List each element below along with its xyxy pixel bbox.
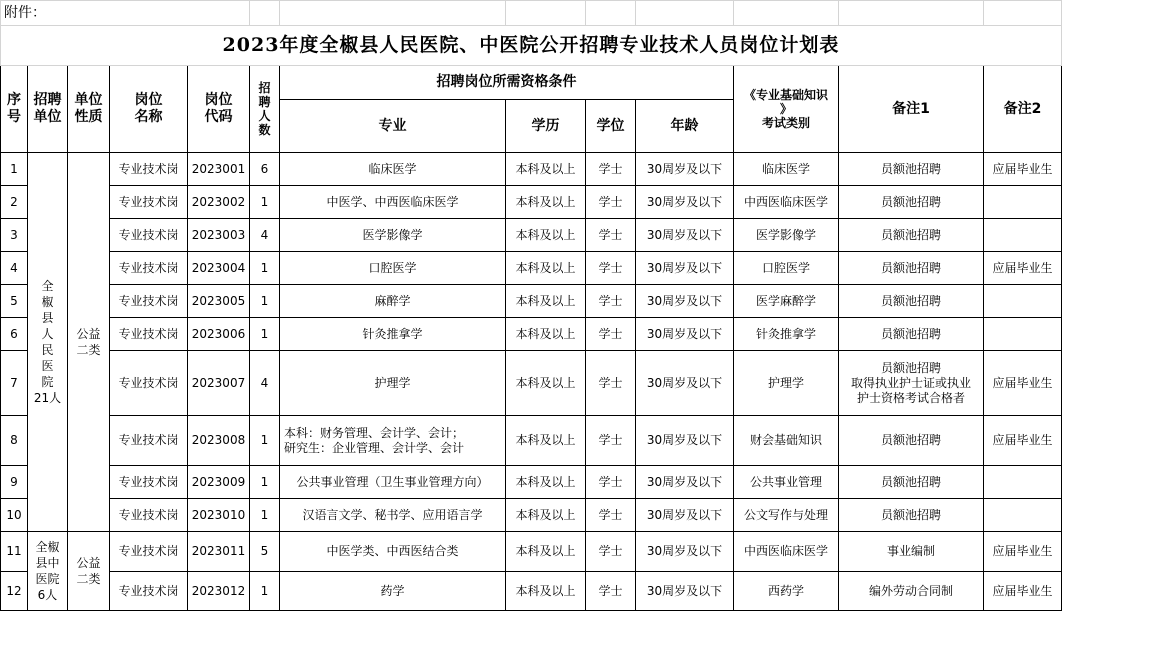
cell-position-code[interactable]: 2023008	[188, 416, 250, 466]
cell-education[interactable]: 本科及以上	[506, 416, 586, 466]
unit-text: 椒	[28, 294, 67, 310]
cell-age[interactable]: 30周岁及以下	[636, 186, 734, 219]
unit-text: 6人	[28, 587, 67, 603]
cell-education[interactable]: 本科及以上	[506, 572, 586, 611]
cell-seq[interactable]: 2	[1, 186, 28, 219]
cell-degree[interactable]: 学士	[586, 219, 636, 252]
header-text: 人	[250, 109, 279, 123]
cell-note2[interactable]	[984, 318, 1062, 351]
cell-seq[interactable]: 4	[1, 252, 28, 285]
cell[interactable]	[839, 1, 984, 26]
cell-age[interactable]: 30周岁及以下	[636, 285, 734, 318]
cell[interactable]	[506, 1, 586, 26]
cell-exam-category[interactable]: 财会基础知识	[734, 416, 839, 466]
cell[interactable]	[636, 1, 734, 26]
cell-education[interactable]: 本科及以上	[506, 499, 586, 532]
unit-text: 民	[28, 342, 67, 358]
cell-age[interactable]: 30周岁及以下	[636, 219, 734, 252]
header-text: 数	[250, 123, 279, 137]
header-text: 考试类别	[734, 116, 838, 130]
cell-seq[interactable]: 6	[1, 318, 28, 351]
header-text: 序	[1, 92, 27, 109]
cell-position-code[interactable]: 2023007	[188, 351, 250, 416]
cell-note1[interactable]: 员额池招聘	[839, 186, 984, 219]
table-row: 12 专业技术岗 2023012 1 药学 本科及以上 学士 30周岁及以下 西…	[1, 572, 1062, 611]
cell-age[interactable]: 30周岁及以下	[636, 416, 734, 466]
cell-unit[interactable]: 全椒 县中 医院 6人	[28, 532, 68, 611]
attachment-row: 附件：	[1, 1, 1062, 26]
cell-major[interactable]: 中医学类、中西医结合类	[280, 532, 506, 572]
unit-text: 医	[28, 358, 67, 374]
cell-position-code[interactable]: 2023002	[188, 186, 250, 219]
cell-education[interactable]: 本科及以上	[506, 285, 586, 318]
cell[interactable]	[984, 1, 1062, 26]
header-position-code[interactable]: 岗位 代码	[188, 66, 250, 153]
cell-major[interactable]: 公共事业管理（卫生事业管理方向）	[280, 466, 506, 499]
table-row: 4 专业技术岗 2023004 1 口腔医学 本科及以上 学士 30周岁及以下 …	[1, 252, 1062, 285]
unit-text: 医院	[28, 571, 67, 587]
unit-text: 全	[28, 278, 67, 294]
cell-degree[interactable]: 学士	[586, 153, 636, 186]
note-line: 员额池招聘	[839, 361, 983, 376]
unit-text: 县	[28, 310, 67, 326]
recruitment-plan-table: 附件： 2023年度全椒县人民医院、中医院公开招聘专业技术人员岗位计划表 序 号…	[0, 0, 1062, 611]
cell-seq[interactable]: 1	[1, 153, 28, 186]
cell-major[interactable]: 汉语言文学、秘书学、应用语言学	[280, 499, 506, 532]
cell-count[interactable]: 1	[250, 499, 280, 532]
cell-position-name[interactable]: 专业技术岗	[110, 416, 188, 466]
header-qualifications-group[interactable]: 招聘岗位所需资格条件	[280, 66, 734, 100]
cell-note1[interactable]: 员额池招聘	[839, 416, 984, 466]
cell-age[interactable]: 30周岁及以下	[636, 351, 734, 416]
cell-count[interactable]: 1	[250, 186, 280, 219]
cell-education[interactable]: 本科及以上	[506, 532, 586, 572]
cell-note2[interactable]	[984, 186, 1062, 219]
cell-note1[interactable]: 员额池招聘	[839, 252, 984, 285]
table-row: 3 专业技术岗 2023003 4 医学影像学 本科及以上 学士 30周岁及以下…	[1, 219, 1062, 252]
header-text: 招聘	[28, 92, 67, 109]
cell-exam-category[interactable]: 医学麻醉学	[734, 285, 839, 318]
cell-note1[interactable]: 员额池招聘	[839, 153, 984, 186]
cell-note2[interactable]	[984, 466, 1062, 499]
cell-major[interactable]: 临床医学	[280, 153, 506, 186]
header-major[interactable]: 专业	[280, 100, 506, 153]
cell-degree[interactable]: 学士	[586, 252, 636, 285]
cell-note1[interactable]: 员额池招聘	[839, 219, 984, 252]
cell[interactable]	[250, 1, 280, 26]
cell-exam-category[interactable]: 公共事业管理	[734, 466, 839, 499]
cell-exam-category[interactable]: 护理学	[734, 351, 839, 416]
cell-major[interactable]: 医学影像学	[280, 219, 506, 252]
cell-note1[interactable]: 事业编制	[839, 532, 984, 572]
table-row: 6 专业技术岗 2023006 1 针灸推拿学 本科及以上 学士 30周岁及以下…	[1, 318, 1062, 351]
header-degree[interactable]: 学位	[586, 100, 636, 153]
cell-count[interactable]: 6	[250, 153, 280, 186]
cell-degree[interactable]: 学士	[586, 532, 636, 572]
cell[interactable]	[734, 1, 839, 26]
nature-text: 二类	[68, 342, 109, 358]
cell-exam-category[interactable]: 中西医临床医学	[734, 532, 839, 572]
cell-education[interactable]: 本科及以上	[506, 153, 586, 186]
major-line: 本科：财务管理、会计学、会计；	[284, 426, 505, 441]
header-text: 名称	[110, 109, 187, 126]
cell-count[interactable]: 4	[250, 219, 280, 252]
cell-exam-category[interactable]: 中西医临床医学	[734, 186, 839, 219]
cell-position-name[interactable]: 专业技术岗	[110, 499, 188, 532]
cell-seq[interactable]: 10	[1, 499, 28, 532]
header-exam-category[interactable]: 《专业基础知识 》 考试类别	[734, 66, 839, 153]
cell-note1[interactable]: 员额池招聘 取得执业护士证或执业 护士资格考试合格者	[839, 351, 984, 416]
cell-position-code[interactable]: 2023012	[188, 572, 250, 611]
cell-degree[interactable]: 学士	[586, 572, 636, 611]
cell-exam-category[interactable]: 针灸推拿学	[734, 318, 839, 351]
cell-exam-category[interactable]: 临床医学	[734, 153, 839, 186]
header-text: 聘	[250, 95, 279, 109]
cell-position-name[interactable]: 专业技术岗	[110, 153, 188, 186]
header-text: 岗位	[188, 92, 249, 109]
cell-degree[interactable]: 学士	[586, 186, 636, 219]
cell-note1[interactable]: 员额池招聘	[839, 285, 984, 318]
cell-note2[interactable]: 应届毕业生	[984, 351, 1062, 416]
nature-text: 二类	[68, 571, 109, 587]
cell-degree[interactable]: 学士	[586, 466, 636, 499]
cell-position-code[interactable]: 2023003	[188, 219, 250, 252]
cell-age[interactable]: 30周岁及以下	[636, 252, 734, 285]
cell-age[interactable]: 30周岁及以下	[636, 499, 734, 532]
cell-position-name[interactable]: 专业技术岗	[110, 252, 188, 285]
table-row: 1 全 椒 县 人 民 医 院 21人 公益 二类 专业技术岗 2023001 …	[1, 153, 1062, 186]
cell-position-code[interactable]: 2023011	[188, 532, 250, 572]
cell-note2[interactable]	[984, 285, 1062, 318]
cell-note2[interactable]: 应届毕业生	[984, 532, 1062, 572]
cell-degree[interactable]: 学士	[586, 351, 636, 416]
cell-age[interactable]: 30周岁及以下	[636, 318, 734, 351]
cell-count[interactable]: 1	[250, 416, 280, 466]
cell-degree[interactable]: 学士	[586, 416, 636, 466]
cell-note1[interactable]: 编外劳动合同制	[839, 572, 984, 611]
page-title[interactable]: 2023年度全椒县人民医院、中医院公开招聘专业技术人员岗位计划表	[1, 26, 1062, 66]
cell-major[interactable]: 中医学、中西医临床医学	[280, 186, 506, 219]
header-seq[interactable]: 序 号	[1, 66, 28, 153]
cell-count[interactable]: 5	[250, 532, 280, 572]
cell-seq[interactable]: 9	[1, 466, 28, 499]
header-unit[interactable]: 招聘 单位	[28, 66, 68, 153]
cell-degree[interactable]: 学士	[586, 318, 636, 351]
header-text: 代码	[188, 109, 249, 126]
cell-position-name[interactable]: 专业技术岗	[110, 466, 188, 499]
cell-exam-category[interactable]: 公文写作与处理	[734, 499, 839, 532]
cell-note2[interactable]: 应届毕业生	[984, 153, 1062, 186]
header-text: 单位	[28, 109, 67, 126]
cell-education[interactable]: 本科及以上	[506, 186, 586, 219]
cell-count[interactable]: 1	[250, 466, 280, 499]
cell-degree[interactable]: 学士	[586, 499, 636, 532]
cell-age[interactable]: 30周岁及以下	[636, 532, 734, 572]
cell-major[interactable]: 口腔医学	[280, 252, 506, 285]
attachment-label[interactable]: 附件：	[1, 1, 250, 26]
cell-position-name[interactable]: 专业技术岗	[110, 285, 188, 318]
unit-text: 全椒	[28, 539, 67, 555]
unit-text: 21人	[28, 390, 67, 406]
header-count[interactable]: 招 聘 人 数	[250, 66, 280, 153]
cell-age[interactable]: 30周岁及以下	[636, 153, 734, 186]
cell[interactable]	[280, 1, 506, 26]
cell-major[interactable]: 本科：财务管理、会计学、会计； 研究生：企业管理、会计学、会计	[280, 416, 506, 466]
cell-education[interactable]: 本科及以上	[506, 318, 586, 351]
cell-count[interactable]: 1	[250, 252, 280, 285]
cell-count[interactable]: 1	[250, 285, 280, 318]
header-education[interactable]: 学历	[506, 100, 586, 153]
cell-position-name[interactable]: 专业技术岗	[110, 532, 188, 572]
cell-note2[interactable]: 应届毕业生	[984, 252, 1062, 285]
header-position-name[interactable]: 岗位 名称	[110, 66, 188, 153]
cell-position-code[interactable]: 2023006	[188, 318, 250, 351]
cell-major[interactable]: 针灸推拿学	[280, 318, 506, 351]
cell-exam-category[interactable]: 医学影像学	[734, 219, 839, 252]
cell-seq[interactable]: 7	[1, 351, 28, 416]
nature-text: 公益	[68, 326, 109, 342]
cell-education[interactable]: 本科及以上	[506, 466, 586, 499]
cell-seq[interactable]: 8	[1, 416, 28, 466]
cell-note2[interactable]	[984, 499, 1062, 532]
cell-position-code[interactable]: 2023010	[188, 499, 250, 532]
cell-position-name[interactable]: 专业技术岗	[110, 219, 188, 252]
cell-seq[interactable]: 3	[1, 219, 28, 252]
header-age[interactable]: 年龄	[636, 100, 734, 153]
cell-position-code[interactable]: 2023004	[188, 252, 250, 285]
cell-seq[interactable]: 5	[1, 285, 28, 318]
table-row: 7 专业技术岗 2023007 4 护理学 本科及以上 学士 30周岁及以下 护…	[1, 351, 1062, 416]
cell-position-name[interactable]: 专业技术岗	[110, 351, 188, 416]
header-text: 招	[250, 81, 279, 95]
cell-note2[interactable]: 应届毕业生	[984, 572, 1062, 611]
header-text: 《专业基础知识	[734, 88, 838, 102]
cell-seq[interactable]: 12	[1, 572, 28, 611]
table-row: 8 专业技术岗 2023008 1 本科：财务管理、会计学、会计； 研究生：企业…	[1, 416, 1062, 466]
cell-note1[interactable]: 员额池招聘	[839, 499, 984, 532]
cell-age[interactable]: 30周岁及以下	[636, 466, 734, 499]
header-row-1: 序 号 招聘 单位 单位 性质 岗位 名称 岗位 代码 招 聘 人 数 招聘岗位…	[1, 66, 1062, 100]
cell-position-code[interactable]: 2023001	[188, 153, 250, 186]
unit-text: 县中	[28, 555, 67, 571]
cell-unit[interactable]: 全 椒 县 人 民 医 院 21人	[28, 153, 68, 532]
cell-seq[interactable]: 11	[1, 532, 28, 572]
cell-position-name[interactable]: 专业技术岗	[110, 572, 188, 611]
cell-education[interactable]: 本科及以上	[506, 252, 586, 285]
note-line: 护士资格考试合格者	[839, 391, 983, 406]
unit-text: 人	[28, 326, 67, 342]
nature-text: 公益	[68, 555, 109, 571]
table-row: 5 专业技术岗 2023005 1 麻醉学 本科及以上 学士 30周岁及以下 医…	[1, 285, 1062, 318]
cell-count[interactable]: 1	[250, 572, 280, 611]
cell-count[interactable]: 1	[250, 318, 280, 351]
table-row: 9 专业技术岗 2023009 1 公共事业管理（卫生事业管理方向） 本科及以上…	[1, 466, 1062, 499]
cell-education[interactable]: 本科及以上	[506, 351, 586, 416]
cell-age[interactable]: 30周岁及以下	[636, 572, 734, 611]
cell-position-name[interactable]: 专业技术岗	[110, 186, 188, 219]
cell-note1[interactable]: 员额池招聘	[839, 318, 984, 351]
cell-nature[interactable]: 公益 二类	[68, 532, 110, 611]
table-row: 10 专业技术岗 2023010 1 汉语言文学、秘书学、应用语言学 本科及以上…	[1, 499, 1062, 532]
cell-degree[interactable]: 学士	[586, 285, 636, 318]
cell-education[interactable]: 本科及以上	[506, 219, 586, 252]
header-text: 岗位	[110, 92, 187, 109]
header-text: 单位	[68, 92, 109, 109]
cell[interactable]	[586, 1, 636, 26]
cell-count[interactable]: 4	[250, 351, 280, 416]
major-line: 研究生：企业管理、会计学、会计	[284, 441, 505, 456]
cell-major[interactable]: 麻醉学	[280, 285, 506, 318]
header-text: 性质	[68, 109, 109, 126]
cell-exam-category[interactable]: 西药学	[734, 572, 839, 611]
spreadsheet: 附件： 2023年度全椒县人民医院、中医院公开招聘专业技术人员岗位计划表 序 号…	[0, 0, 1062, 611]
table-row: 2 专业技术岗 2023002 1 中医学、中西医临床医学 本科及以上 学士 3…	[1, 186, 1062, 219]
cell-position-name[interactable]: 专业技术岗	[110, 318, 188, 351]
cell-exam-category[interactable]: 口腔医学	[734, 252, 839, 285]
table-row: 11 全椒 县中 医院 6人 公益 二类 专业技术岗 2023011 5 中医学…	[1, 532, 1062, 572]
header-text: 》	[734, 102, 838, 116]
cell-position-code[interactable]: 2023005	[188, 285, 250, 318]
unit-text: 院	[28, 374, 67, 390]
header-text: 号	[1, 109, 27, 126]
cell-major[interactable]: 护理学	[280, 351, 506, 416]
cell-note2[interactable]	[984, 219, 1062, 252]
cell-nature[interactable]: 公益 二类	[68, 153, 110, 532]
cell-major[interactable]: 药学	[280, 572, 506, 611]
title-row: 2023年度全椒县人民医院、中医院公开招聘专业技术人员岗位计划表	[1, 26, 1062, 66]
cell-note1[interactable]: 员额池招聘	[839, 466, 984, 499]
cell-position-code[interactable]: 2023009	[188, 466, 250, 499]
header-note2[interactable]: 备注2	[984, 66, 1062, 153]
header-nature[interactable]: 单位 性质	[68, 66, 110, 153]
header-note1[interactable]: 备注1	[839, 66, 984, 153]
note-line: 取得执业护士证或执业	[839, 376, 983, 391]
cell-note2[interactable]: 应届毕业生	[984, 416, 1062, 466]
